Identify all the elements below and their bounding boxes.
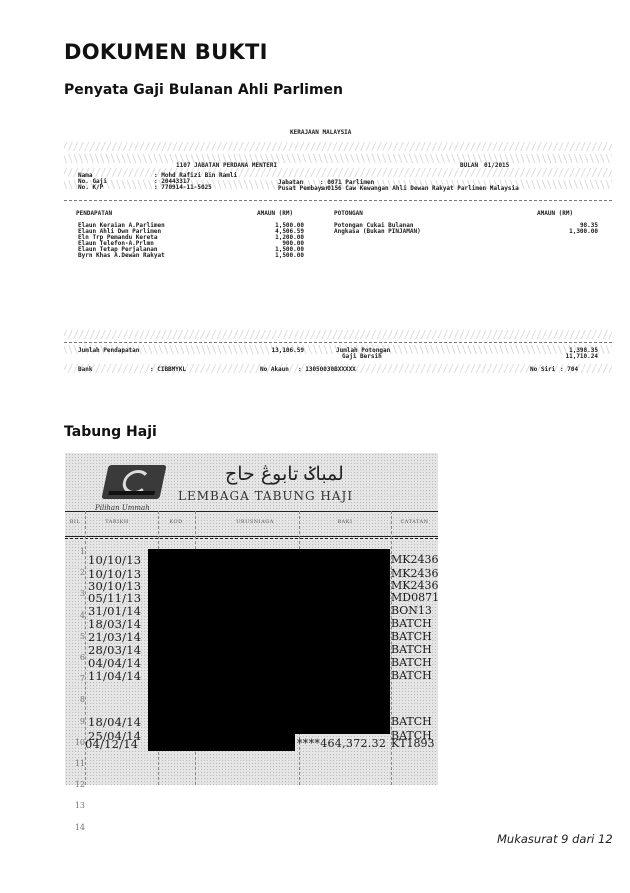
payslip-section-title: Penyata Gaji Bulanan Ahli Parlimen xyxy=(64,82,343,98)
header-rule xyxy=(65,511,438,512)
redaction-block xyxy=(148,549,390,734)
column-header: KOD xyxy=(159,519,193,525)
divider xyxy=(64,200,612,201)
deductions-amount-header: AMAUN (RM) xyxy=(537,210,573,217)
transaction-note: BATCH xyxy=(391,617,432,630)
payslip-header: KERAJAAN MALAYSIA xyxy=(290,129,351,136)
gaji-bersih-label: Gaji Bersih xyxy=(342,353,382,360)
header-rule xyxy=(65,536,438,537)
transaction-date: 05/11/13 xyxy=(88,591,141,605)
payslip-scan: KERAJAAN MALAYSIA 1107 JABATAN PERDANA M… xyxy=(64,120,612,382)
document-title: DOKUMEN BUKTI xyxy=(64,40,268,64)
pusat-value: : 0156 Caw Kewangan Ahli Dewan Rakyat Pa… xyxy=(320,185,519,192)
transaction-date: 18/04/14 xyxy=(88,715,141,729)
column-header: BIL xyxy=(65,519,85,525)
deduction-item-amount: 1,300.00 xyxy=(494,228,598,235)
transaction-note: BATCH xyxy=(391,630,432,643)
transaction-note: BON13 xyxy=(391,604,432,617)
transaction-note: BATCH xyxy=(391,715,432,728)
transaction-note: MD0871 xyxy=(391,591,439,604)
tabung-haji-scan: Pilihan Ummah لمباݢ تابوڠ حاج LEMBAGA TA… xyxy=(65,453,438,785)
transaction-date: 28/03/14 xyxy=(88,643,141,657)
page-number: Mukasurat 9 dari 12 xyxy=(497,832,613,846)
header-rule xyxy=(65,538,438,539)
no-kp-value: : 770914-11-5025 xyxy=(154,184,212,191)
row-number: 14 xyxy=(69,823,85,832)
row-number: 12 xyxy=(69,780,85,789)
siri-label: No Siri xyxy=(530,366,555,373)
row-number: 3 xyxy=(69,589,85,598)
akaun-value: : 13050030BXXXXX xyxy=(298,366,356,373)
transaction-date: 31/01/14 xyxy=(88,604,141,618)
tabung-haji-jawi-title: لمباݢ تابوڠ حاج xyxy=(225,463,344,485)
tabung-haji-title: LEMBAGA TABUNG HAJI xyxy=(178,489,353,503)
row-number: 8 xyxy=(69,695,85,704)
row-number: 11 xyxy=(69,759,85,768)
transaction-date: 18/03/14 xyxy=(88,617,141,631)
bank-label: Bank xyxy=(78,366,92,373)
jumlah-pendapatan-label: Jumlah Pendapatan xyxy=(78,347,139,354)
siri-value: : 704 xyxy=(560,366,578,373)
row-number: 13 xyxy=(69,801,85,810)
column-header: TARIKH xyxy=(87,519,147,525)
row-number: 6 xyxy=(69,653,85,662)
transaction-note: BATCH xyxy=(391,643,432,656)
transaction-date: 04/12/14 xyxy=(85,737,138,751)
deductions-header: POTONGAN xyxy=(334,210,363,217)
watermark-band xyxy=(64,154,612,163)
transaction-date: 04/04/14 xyxy=(88,656,141,670)
redaction-block xyxy=(148,734,295,751)
row-number: 4 xyxy=(69,611,85,620)
transaction-date: 10/10/13 xyxy=(88,553,141,567)
no-kp-label: No. K/P xyxy=(78,184,103,191)
watermark-band xyxy=(64,330,612,339)
transaction-note: BATCH xyxy=(391,669,432,682)
income-amount-header: AMAUN (RM) xyxy=(257,210,293,217)
income-header: PENDAPATAN xyxy=(76,210,112,217)
deduction-item-label: Angkasa (Bukan PINJAMAN) xyxy=(334,228,421,235)
final-balance: ****464,372.32 xyxy=(297,737,386,750)
gaji-bersih-value: 11,710.24 xyxy=(494,353,598,360)
row-number: 5 xyxy=(69,632,85,641)
column-header: CATATAN xyxy=(391,519,438,525)
row-number: 7 xyxy=(69,674,85,683)
tabung-haji-logo-icon xyxy=(101,465,166,499)
tabung-haji-section-title: Tabung Haji xyxy=(64,424,157,440)
divider xyxy=(64,342,612,343)
row-number: 10 xyxy=(69,738,85,747)
transaction-note: MK2436 xyxy=(391,553,438,566)
akaun-label: No Akaun xyxy=(260,366,289,373)
transaction-date: 21/03/14 xyxy=(88,630,141,644)
transaction-note: KT1893 xyxy=(391,737,435,750)
watermark-band xyxy=(64,142,612,151)
jumlah-pendapatan-value: 13,106.59 xyxy=(214,347,304,354)
row-number: 1 xyxy=(69,547,85,556)
column-header: BAKI xyxy=(299,519,391,525)
column-header: URUSNIAGA xyxy=(195,519,315,525)
bank-value: : CIBBMYKL xyxy=(150,366,186,373)
transaction-note: BATCH xyxy=(391,656,432,669)
income-item-label: Byrn Khas A.Dewan Rakyat xyxy=(78,252,165,259)
row-number: 9 xyxy=(69,717,85,726)
row-number: 2 xyxy=(69,568,85,577)
income-item-amount: 1,500.00 xyxy=(214,252,304,259)
transaction-date: 11/04/14 xyxy=(88,669,141,683)
watermark-band xyxy=(64,168,612,177)
